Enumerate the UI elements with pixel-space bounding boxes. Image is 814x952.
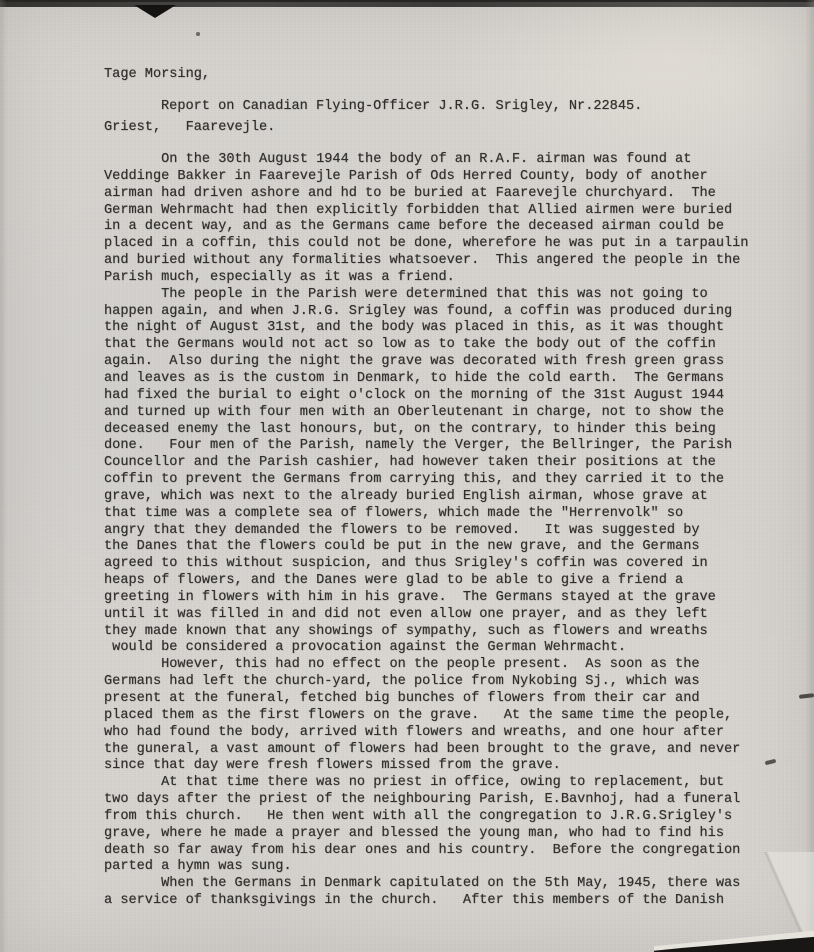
text-line: who had found the body, arrived with flo… <box>104 725 748 742</box>
text-line: greeting in flowers with him in his grav… <box>104 590 748 607</box>
text-line: two days after the priest of the neighbo… <box>104 792 748 809</box>
text-line: angry that they demanded the flowers to … <box>104 523 748 540</box>
text-line: from this church. He then went with all … <box>104 809 748 826</box>
text-line: airman had driven ashore and hd to be bu… <box>104 186 748 203</box>
text-line: agreed to this without suspicion, and th… <box>104 556 748 573</box>
page-edge-shadow-right <box>805 0 814 952</box>
text-line: placed in a coffin, this could not be do… <box>104 236 748 253</box>
text-line: Germans had left the church-yard, the po… <box>104 674 748 691</box>
text-line: German Wehrmacht had then explicitly for… <box>104 203 748 220</box>
ink-mark <box>765 759 777 766</box>
page-edge-shadow-left <box>0 0 7 952</box>
torn-page-edge <box>654 926 814 952</box>
sender-location: Griest, Faarevejle. <box>104 119 275 137</box>
text-line: that the Germans would not act so low as… <box>104 337 748 354</box>
ink-speck <box>196 32 200 36</box>
text-line: death so far away from his dear ones and… <box>104 843 748 860</box>
scan-top-edge <box>0 0 814 7</box>
text-line: grave, which was next to the already bur… <box>104 489 748 506</box>
text-line: present at the funeral, fetched big bunc… <box>104 691 748 708</box>
text-line: the guneral, a vast amount of flowers ha… <box>104 742 748 759</box>
sender-name: Tage Morsing, <box>104 66 275 84</box>
text-line: would be considered a provocation agains… <box>104 640 748 657</box>
text-line: and leaves as is the custom in Denmark, … <box>104 371 748 388</box>
text-line: they made known that any showings of sym… <box>104 624 748 641</box>
document-body: On the 30th August 1944 the body of an R… <box>104 152 748 910</box>
text-line: that time was a complete sea of flowers,… <box>104 506 748 523</box>
text-line: done. Four men of the Parish, namely the… <box>104 438 748 455</box>
text-line: Veddinge Bakker in Faarevejle Parish of … <box>104 169 748 186</box>
text-line: in a decent way, and as the Germans came… <box>104 219 748 236</box>
text-line: and turned up with four men with an Ober… <box>104 405 748 422</box>
text-line: placed them as the first flowers on the … <box>104 708 748 725</box>
binder-clip-mark <box>134 5 176 18</box>
text-line: grave, where he made a prayer and blesse… <box>104 826 748 843</box>
text-line: deceased enemy the last honours, but, on… <box>104 422 748 439</box>
text-line: had fixed the burial to eight o'clock on… <box>104 388 748 405</box>
text-line: until it was filled in and did not even … <box>104 607 748 624</box>
text-line: again. Also during the night the grave w… <box>104 354 748 371</box>
text-line: At that time there was no priest in offi… <box>104 775 748 792</box>
text-line: When the Germans in Denmark capitulated … <box>104 876 748 893</box>
text-line: heaps of flowers, and the Danes were gla… <box>104 573 748 590</box>
text-line: Parish much, especially as it was a frie… <box>104 270 748 287</box>
document-page: Tage Morsing, Griest, Faarevejle. Report… <box>0 0 814 952</box>
text-line: On the 30th August 1944 the body of an R… <box>104 152 748 169</box>
text-line: the night of August 31st, and the body w… <box>104 320 748 337</box>
text-line: However, this had no effect on the peopl… <box>104 657 748 674</box>
text-line: parted a hymn was sung. <box>104 859 748 876</box>
text-line: happen again, and when J.R.G. Srigley wa… <box>104 304 748 321</box>
text-line: the Danes that the flowers could be put … <box>104 539 748 556</box>
text-line: coffin to prevent the Germans from carry… <box>104 472 748 489</box>
text-line: The people in the Parish were determined… <box>104 287 748 304</box>
text-line: Councellor and the Parish cashier, had h… <box>104 455 748 472</box>
text-line: and buried without any formalities whats… <box>104 253 748 270</box>
report-title: Report on Canadian Flying-Officer J.R.G.… <box>161 98 642 115</box>
text-line: since that day were fresh flowers missed… <box>104 758 748 775</box>
text-line: a service of thanksgivings in the church… <box>104 893 748 910</box>
